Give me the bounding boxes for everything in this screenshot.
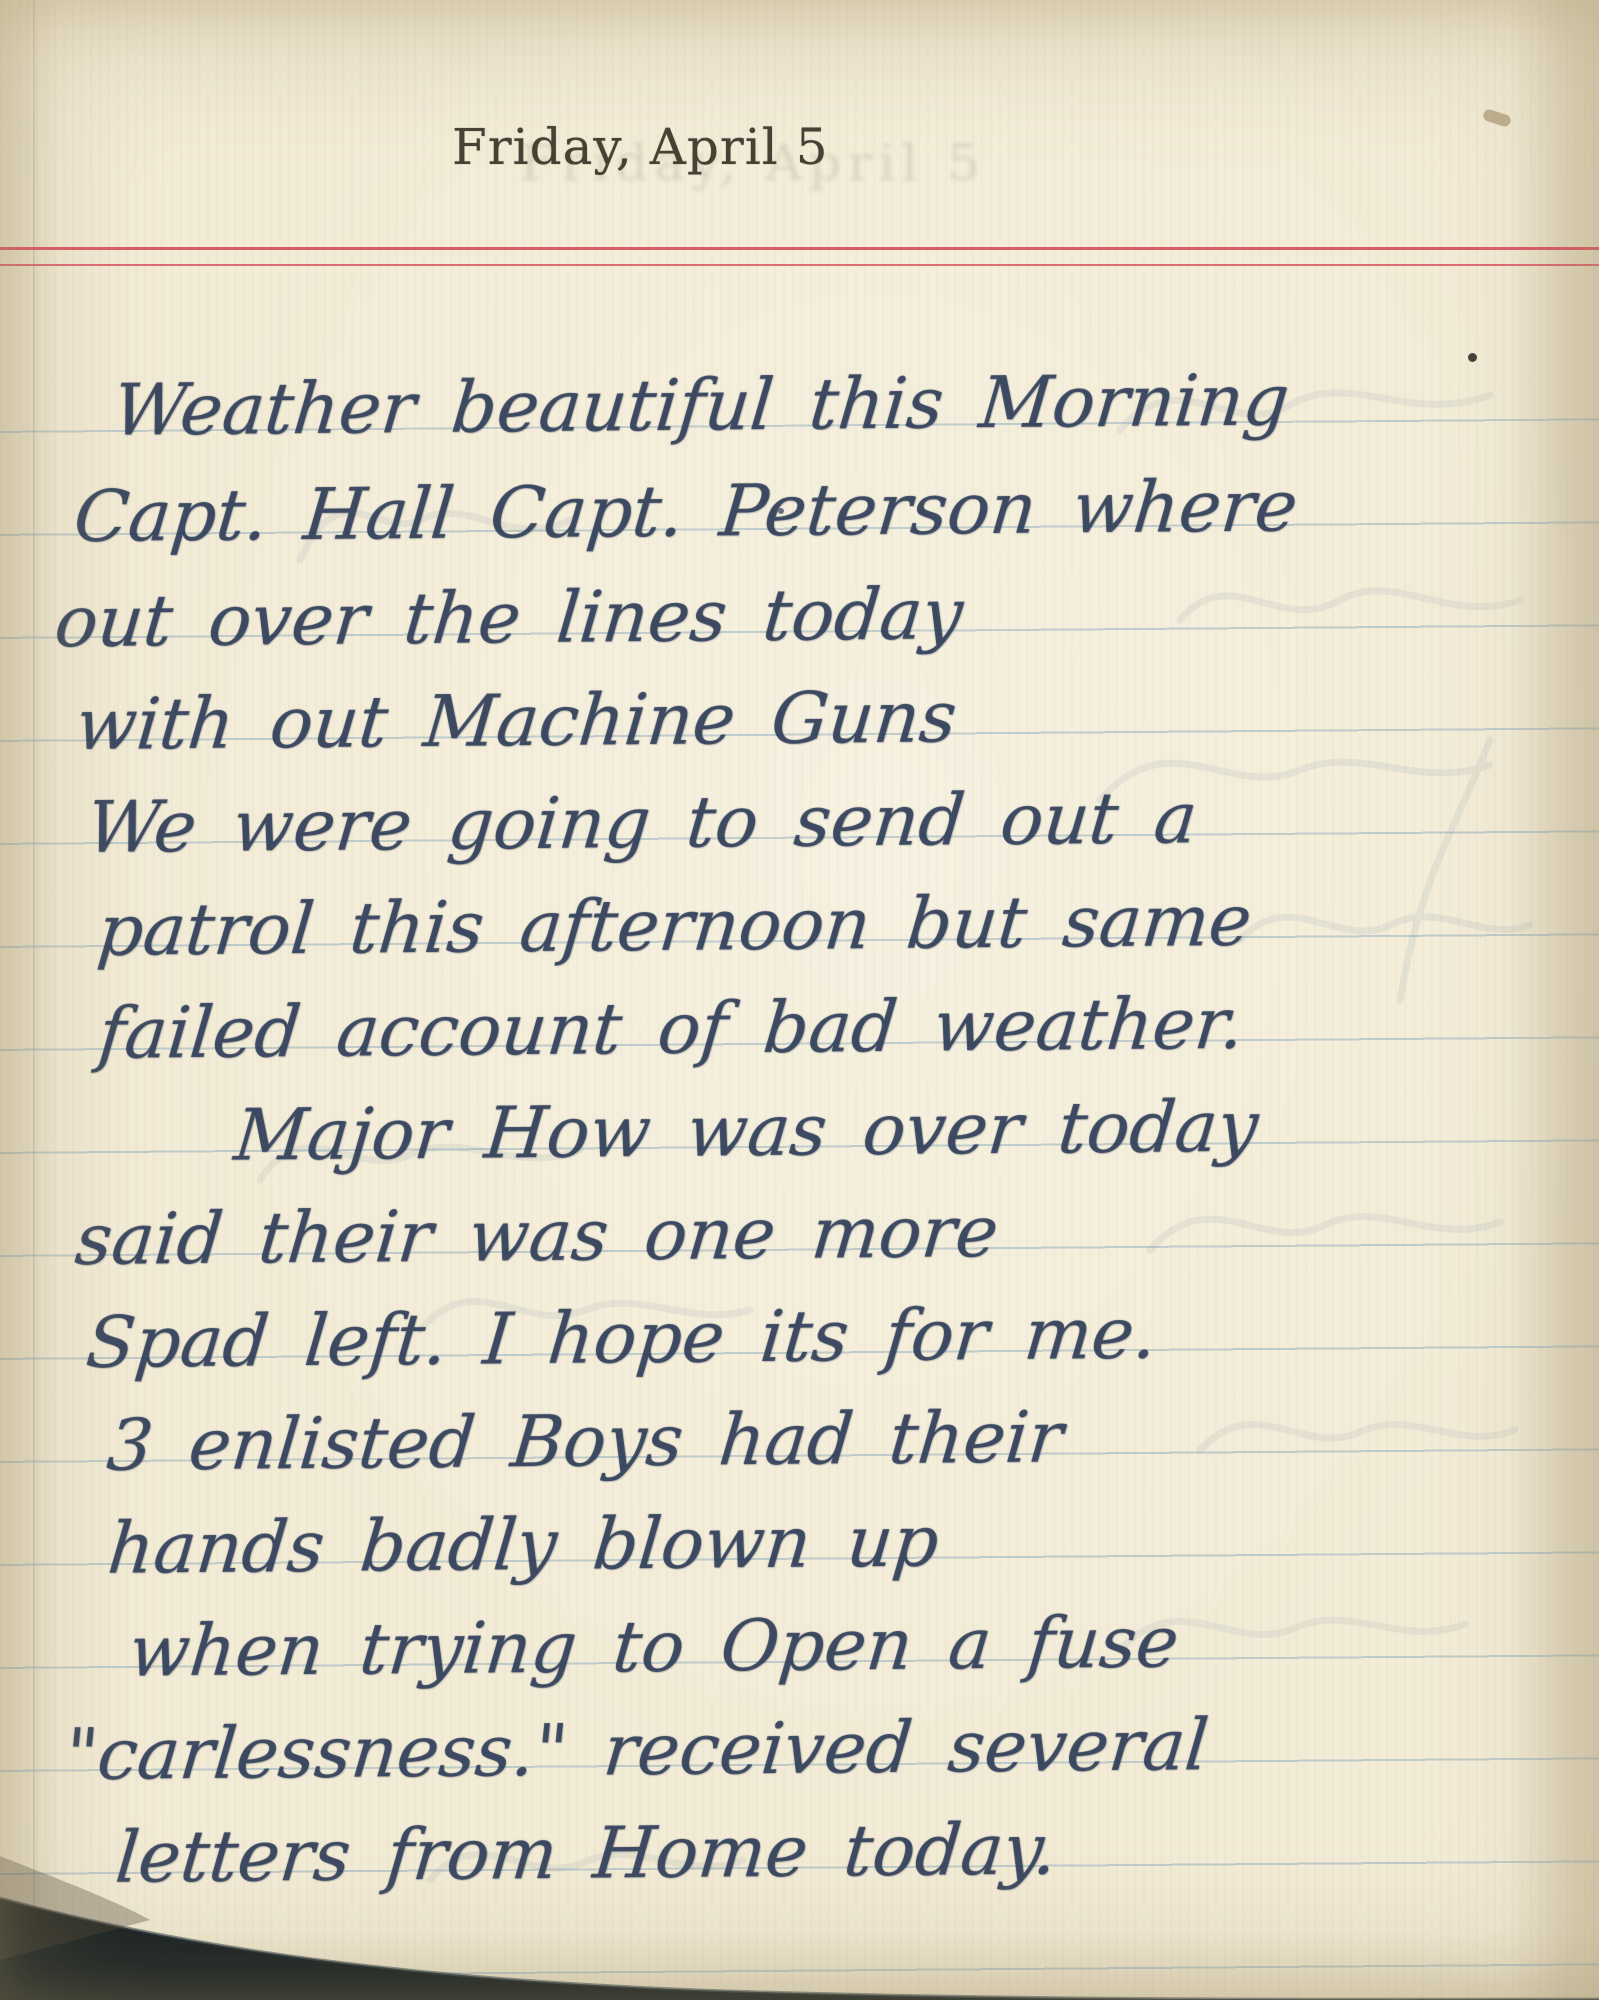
- handwriting-line: when trying to Open a fuse: [126, 1606, 1182, 1686]
- handwriting-line: Weather beautiful this Morning: [110, 364, 1292, 445]
- handwriting-line: out over the lines today: [52, 578, 966, 657]
- diary-page-scan: Friday, April 5 Friday, April 5 Weather …: [0, 0, 1599, 2000]
- handwriting-line: failed account of bad weather.: [96, 988, 1248, 1069]
- handwriting-line: letters from Home today.: [113, 1813, 1060, 1892]
- handwriting-line: said their was one more: [72, 1196, 1001, 1275]
- handwriting-layer: Weather beautiful this Morning Capt. Hal…: [0, 0, 1599, 2000]
- handwriting-line: hands badly blown up: [105, 1505, 942, 1583]
- handwriting-line: with out Machine Guns: [73, 681, 960, 760]
- handwriting-line: Capt. Hall Capt. Peterson where: [71, 470, 1301, 552]
- handwriting-line: 3 enlisted Boys had their: [104, 1401, 1066, 1480]
- handwriting-line: patrol this afternoon but same: [95, 885, 1255, 966]
- handwriting-line: "carlessness." received several: [62, 1709, 1212, 1790]
- handwriting-line: Spad left. I hope its for me.: [83, 1298, 1160, 1378]
- handwriting-line: Major How was over today: [231, 1091, 1261, 1171]
- handwriting-line: We were going to send out a: [84, 782, 1200, 863]
